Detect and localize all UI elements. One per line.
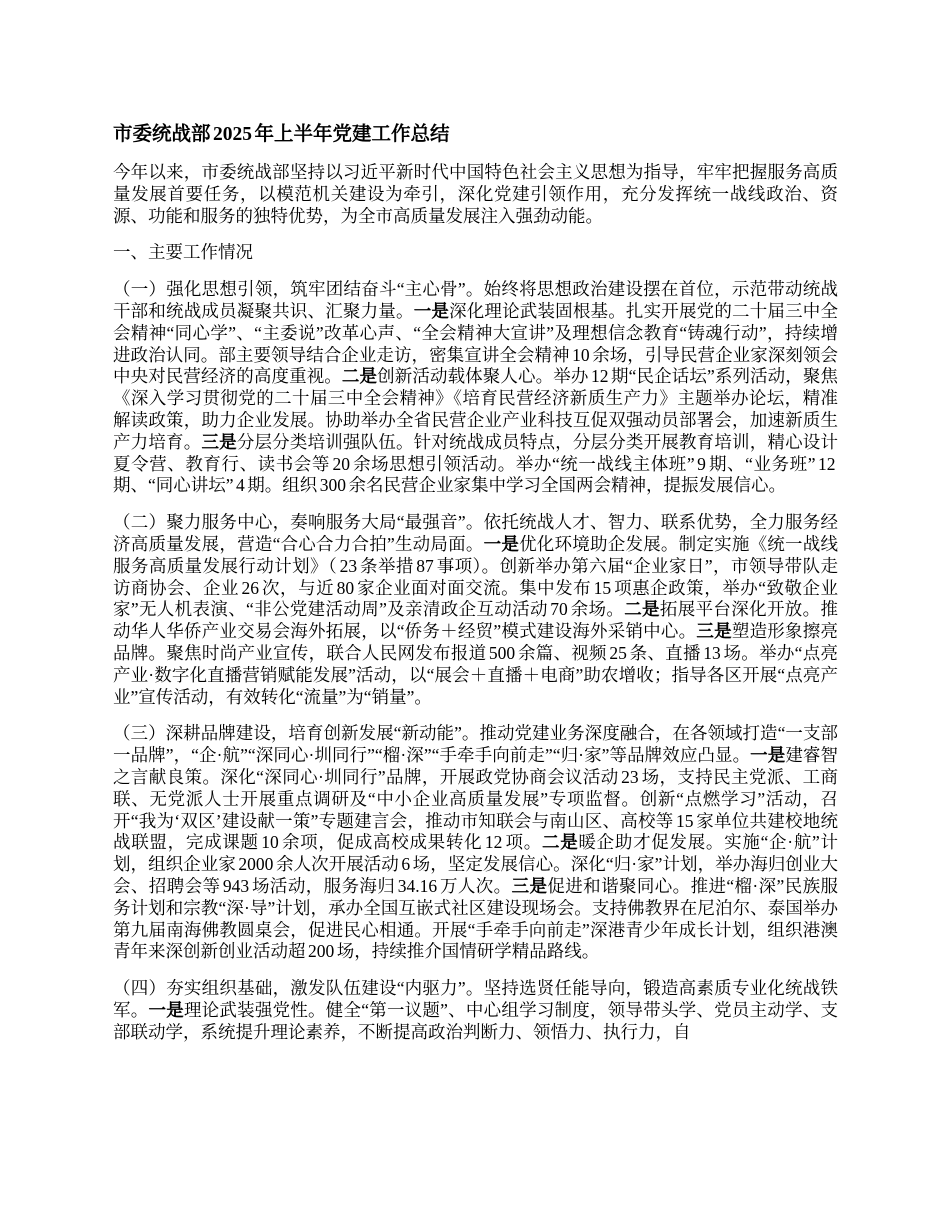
intro-paragraph: 今年以来，市委统战部坚持以习近平新时代中国特色社会主义思想为指导，牢牢把握服务高… — [113, 162, 838, 227]
paragraph-3: （三）深耕品牌建设，培育创新发展“新动能”。推动党建业务深度融合，在各领域打造“… — [113, 723, 838, 963]
document-page: 市委统战部2025年上半年党建工作总结 今年以来，市委统战部坚持以习近平新时代中… — [0, 0, 950, 1230]
paragraph-1: （一）强化思想引领，筑牢团结奋斗“主心骨”。始终将思想政治建设摆在首位，示范带动… — [113, 279, 838, 497]
paragraph-2: （二）聚力服务中心，奏响服务大局“最强音”。依托统战人才、智力、联系优势，全力服… — [113, 512, 838, 708]
document-title: 市委统战部2025年上半年党建工作总结 — [113, 124, 838, 146]
paragraph-4: （四）夯实组织基础，激发队伍建设“内驱力”。坚持选贤任能导向，锻造高素质专业化统… — [113, 978, 838, 1043]
section-heading: 一、主要工作情况 — [113, 242, 838, 264]
